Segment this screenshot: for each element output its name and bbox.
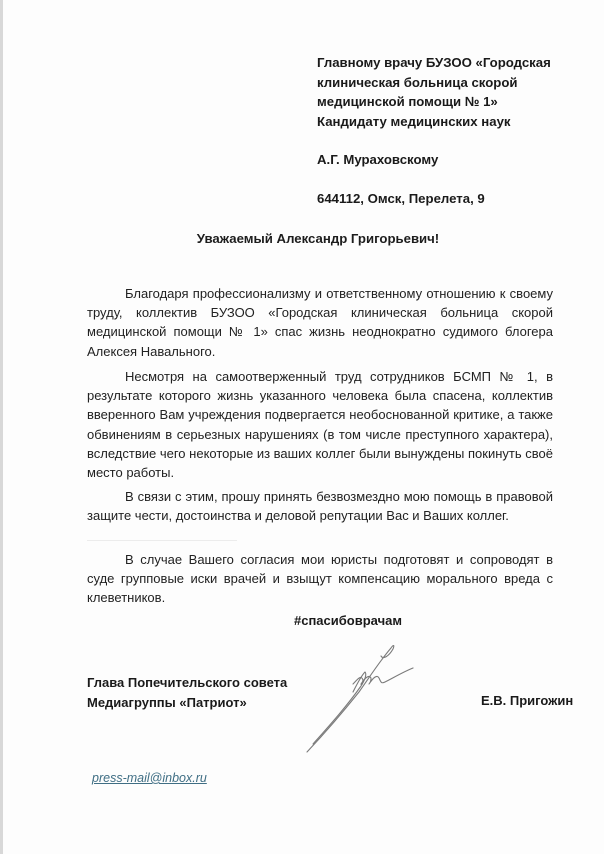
recipient-line: Кандидату медицинских наук	[317, 112, 597, 132]
letter-page: Главному врачу БУЗОО «Городская клиничес…	[0, 0, 604, 854]
signer-name: Е.В. Пригожин	[481, 693, 573, 708]
email-link[interactable]: press-mail@inbox.ru	[92, 771, 207, 785]
body-paragraph: Благодаря профессионализму и ответственн…	[87, 284, 553, 361]
signer-title: Глава Попечительского совета Медиагруппы…	[87, 673, 287, 712]
signer-title-line: Медиагруппы «Патриот»	[87, 693, 287, 713]
recipient-line: Главному врачу БУЗОО «Городская	[317, 53, 597, 73]
hashtag: #спасибоврачам	[294, 613, 402, 628]
recipient-name: А.Г. Мураховскому	[317, 150, 438, 170]
salutation: Уважаемый Александр Григорьевич!	[3, 231, 604, 246]
signer-title-line: Глава Попечительского совета	[87, 673, 287, 693]
recipient-line: медицинской помощи № 1»	[317, 92, 597, 112]
recipient-block: Главному врачу БУЗОО «Городская клиничес…	[317, 53, 597, 131]
body-paragraph: В случае Вашего согласия мои юристы подг…	[87, 550, 553, 608]
body-paragraph: В связи с этим, прошу принять безвозмезд…	[87, 487, 553, 525]
recipient-line: клиническая больница скорой	[317, 73, 597, 93]
body-paragraph: Несмотря на самоотверженный труд сотрудн…	[87, 367, 553, 482]
recipient-address: 644112, Омск, Перелета, 9	[317, 189, 485, 209]
scan-artifact-line	[87, 540, 237, 541]
handwritten-signature-icon	[303, 640, 453, 760]
